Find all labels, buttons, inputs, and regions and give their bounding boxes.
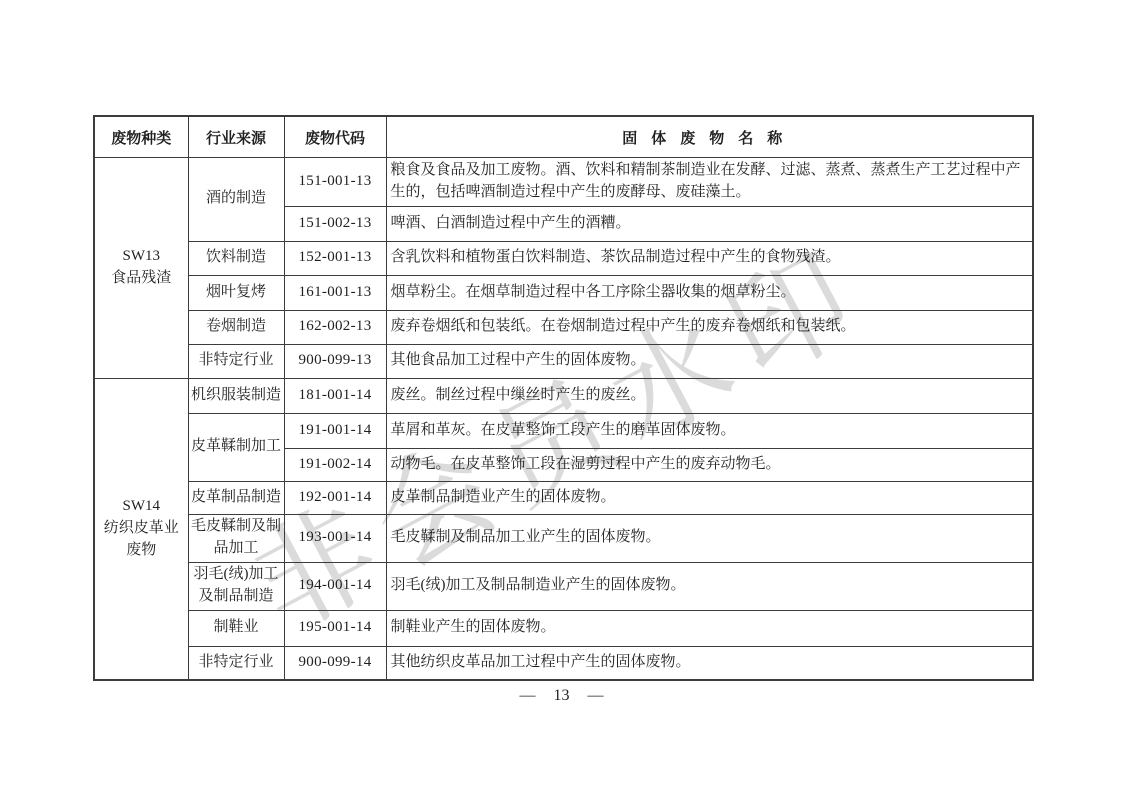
table-row: SW13 食品残渣 酒的制造 151-001-13 粮食及食品及加工废物。酒、饮… [94,158,1033,207]
table-row: SW14 纺织皮革业 废物 机织服装制造 181-001-14 废丝。制丝过程中… [94,378,1033,413]
industry-source-cell: 酒的制造 [188,158,284,242]
industry-source-cell: 卷烟制造 [188,310,284,344]
header-waste-category: 废物种类 [94,116,188,158]
waste-code-cell: 900-099-13 [284,344,386,378]
waste-name-cell: 含乳饮料和植物蛋白饮料制造、茶饮品制造过程中产生的食物残渣。 [386,241,1033,275]
table-row: 皮革制品制造 192-001-14 皮革制品制造业产生的固体废物。 [94,481,1033,514]
waste-name-cell: 粮食及食品及加工废物。酒、饮料和精制茶制造业在发酵、过滤、蒸煮、蒸煮生产工艺过程… [386,158,1033,207]
industry-source-cell: 毛皮鞣制及制 品加工 [188,514,284,562]
waste-code-cell: 192-001-14 [284,481,386,514]
waste-code-cell: 151-002-13 [284,206,386,241]
waste-name-cell: 烟草粉尘。在烟草制造过程中各工序除尘器收集的烟草粉尘。 [386,275,1033,310]
waste-category-cell: SW14 纺织皮革业 废物 [94,378,188,680]
waste-code-cell: 193-001-14 [284,514,386,562]
table-row: 饮料制造 152-001-13 含乳饮料和植物蛋白饮料制造、茶饮品制造过程中产生… [94,241,1033,275]
table-row: 非特定行业 900-099-14 其他纺织皮革品加工过程中产生的固体废物。 [94,646,1033,680]
industry-source-cell: 皮革鞣制加工 [188,413,284,481]
waste-code-cell: 151-001-13 [284,158,386,207]
waste-name-cell: 动物毛。在皮革整饰工段在湿剪过程中产生的废弃动物毛。 [386,448,1033,481]
solid-waste-table: 废物种类 行业来源 废物代码 固体废物名称 SW13 食品残渣 酒的制造 151… [93,115,1034,681]
table-row: 烟叶复烤 161-001-13 烟草粉尘。在烟草制造过程中各工序除尘器收集的烟草… [94,275,1033,310]
waste-code-cell: 181-001-14 [284,378,386,413]
table-row: 非特定行业 900-099-13 其他食品加工过程中产生的固体废物。 [94,344,1033,378]
waste-name-cell: 革屑和革灰。在皮革整饰工段产生的磨革固体废物。 [386,413,1033,448]
table-row: 毛皮鞣制及制 品加工 193-001-14 毛皮鞣制及制品加工业产生的固体废物。 [94,514,1033,562]
industry-source-cell: 羽毛(绒)加工 及制品制造 [188,562,284,610]
waste-name-cell: 其他食品加工过程中产生的固体废物。 [386,344,1033,378]
industry-source-cell: 制鞋业 [188,610,284,646]
industry-source-cell: 非特定行业 [188,344,284,378]
table-row: 羽毛(绒)加工 及制品制造 194-001-14 羽毛(绒)加工及制品制造业产生… [94,562,1033,610]
waste-code-cell: 195-001-14 [284,610,386,646]
header-industry-source: 行业来源 [188,116,284,158]
waste-name-cell: 羽毛(绒)加工及制品制造业产生的固体废物。 [386,562,1033,610]
waste-name-cell: 皮革制品制造业产生的固体废物。 [386,481,1033,514]
industry-source-cell: 机织服装制造 [188,378,284,413]
table-row: 卷烟制造 162-002-13 废弃卷烟纸和包装纸。在卷烟制造过程中产生的废弃卷… [94,310,1033,344]
header-waste-name: 固体废物名称 [386,116,1033,158]
waste-name-cell: 毛皮鞣制及制品加工业产生的固体废物。 [386,514,1033,562]
industry-source-cell: 非特定行业 [188,646,284,680]
waste-name-cell: 制鞋业产生的固体废物。 [386,610,1033,646]
waste-code-cell: 194-001-14 [284,562,386,610]
industry-source-cell: 皮革制品制造 [188,481,284,514]
waste-category-cell: SW13 食品残渣 [94,158,188,379]
table-row: 制鞋业 195-001-14 制鞋业产生的固体废物。 [94,610,1033,646]
table-header-row: 废物种类 行业来源 废物代码 固体废物名称 [94,116,1033,158]
waste-name-cell: 其他纺织皮革品加工过程中产生的固体废物。 [386,646,1033,680]
industry-source-cell: 烟叶复烤 [188,275,284,310]
industry-source-cell: 饮料制造 [188,241,284,275]
waste-name-cell: 啤酒、白酒制造过程中产生的酒糟。 [386,206,1033,241]
document-page: 非会员水印 废物种类 行业来源 废物代码 固体废物名称 SW13 食品残渣 酒的… [0,0,1123,794]
waste-code-cell: 191-002-14 [284,448,386,481]
waste-code-cell: 191-001-14 [284,413,386,448]
table-row: 皮革鞣制加工 191-001-14 革屑和革灰。在皮革整饰工段产生的磨革固体废物… [94,413,1033,448]
waste-code-cell: 161-001-13 [284,275,386,310]
waste-name-cell: 废丝。制丝过程中缫丝时产生的废丝。 [386,378,1033,413]
header-waste-code: 废物代码 [284,116,386,158]
waste-code-cell: 152-001-13 [284,241,386,275]
waste-name-cell: 废弃卷烟纸和包装纸。在卷烟制造过程中产生的废弃卷烟纸和包装纸。 [386,310,1033,344]
waste-code-cell: 900-099-14 [284,646,386,680]
page-number: — 13 — [0,687,1123,705]
waste-code-cell: 162-002-13 [284,310,386,344]
